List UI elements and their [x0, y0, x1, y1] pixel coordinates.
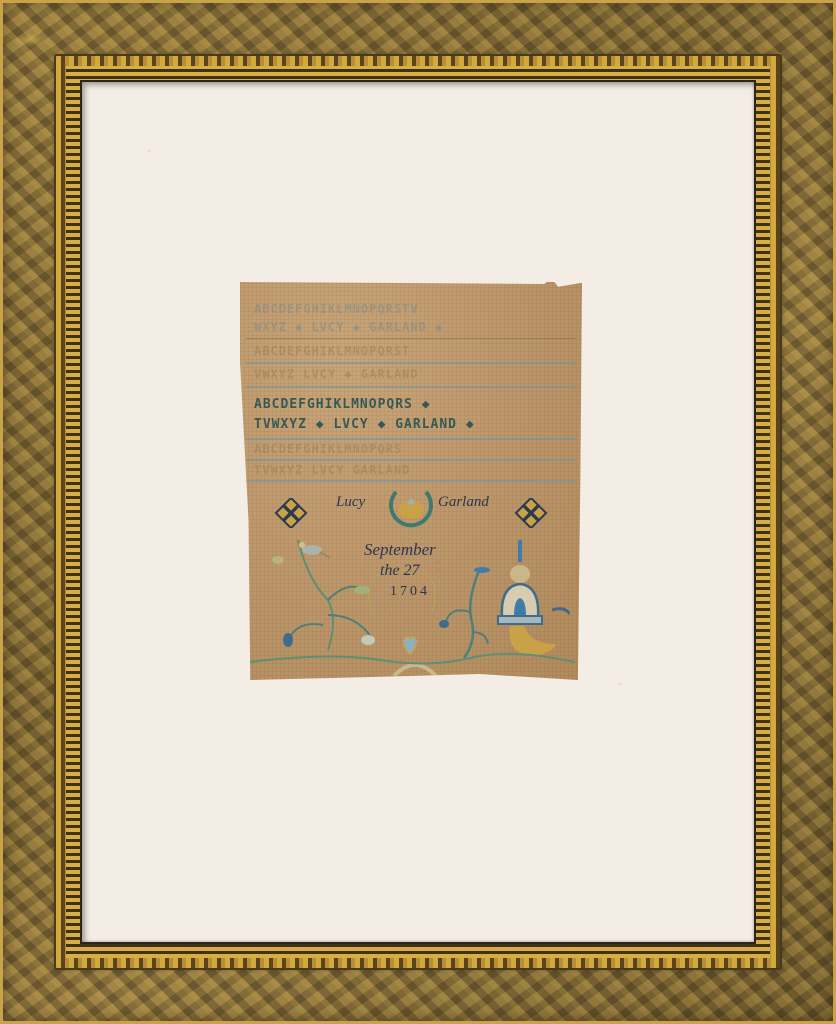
alphabet-row-2: WXYZ ◆ LVCY ◆ GARLAND ◆: [254, 320, 572, 334]
inscription-year: 1704: [390, 584, 430, 600]
bottom-wavy-border: [250, 652, 575, 666]
alphabet-row-6: TVWXYZ ◆ LVCY ◆ GARLAND ◆: [254, 417, 572, 432]
embroidered-sampler: ABCDEFGHIKLMNOPQRSTV WXYZ ◆ LVCY ◆ GARLA…: [240, 282, 582, 680]
bird-icon: [299, 542, 330, 558]
divider-stripe: [246, 480, 576, 482]
quatrefoil-motif-right: [514, 498, 548, 528]
figure-beehive-motif: [490, 540, 570, 660]
alphabet-row-7: ABCDEFGHIKLMNOPQRS: [254, 442, 572, 456]
alphabet-row-1: ABCDEFGHIKLMNOPQRSTV: [254, 302, 572, 316]
divider-stripe: [246, 459, 576, 461]
floral-vine-with-bird: [268, 530, 388, 660]
alphabet-row-8: TVWXYZ LVCY GARLAND: [254, 463, 572, 477]
divider-stripe: [246, 386, 576, 388]
alphabet-row-4: VWXYZ LVCY ◆ GARLAND: [254, 367, 572, 381]
inscription-last-name: Garland: [438, 494, 489, 511]
divider-stripe: [246, 438, 576, 440]
divider-stripe: [246, 338, 576, 339]
divider-stripe: [246, 362, 576, 364]
inscription-first-name: Lucy: [336, 494, 365, 511]
wreath-crown-motif: [386, 488, 436, 536]
alphabet-row-3: ABCDEFGHIKLMNOPQRST: [254, 344, 572, 358]
right-floral-vine: [436, 562, 496, 662]
alphabet-row-5: ABCDEFGHIKLMNOPQRS ◆: [254, 397, 572, 412]
quatrefoil-motif-left: [274, 498, 308, 528]
